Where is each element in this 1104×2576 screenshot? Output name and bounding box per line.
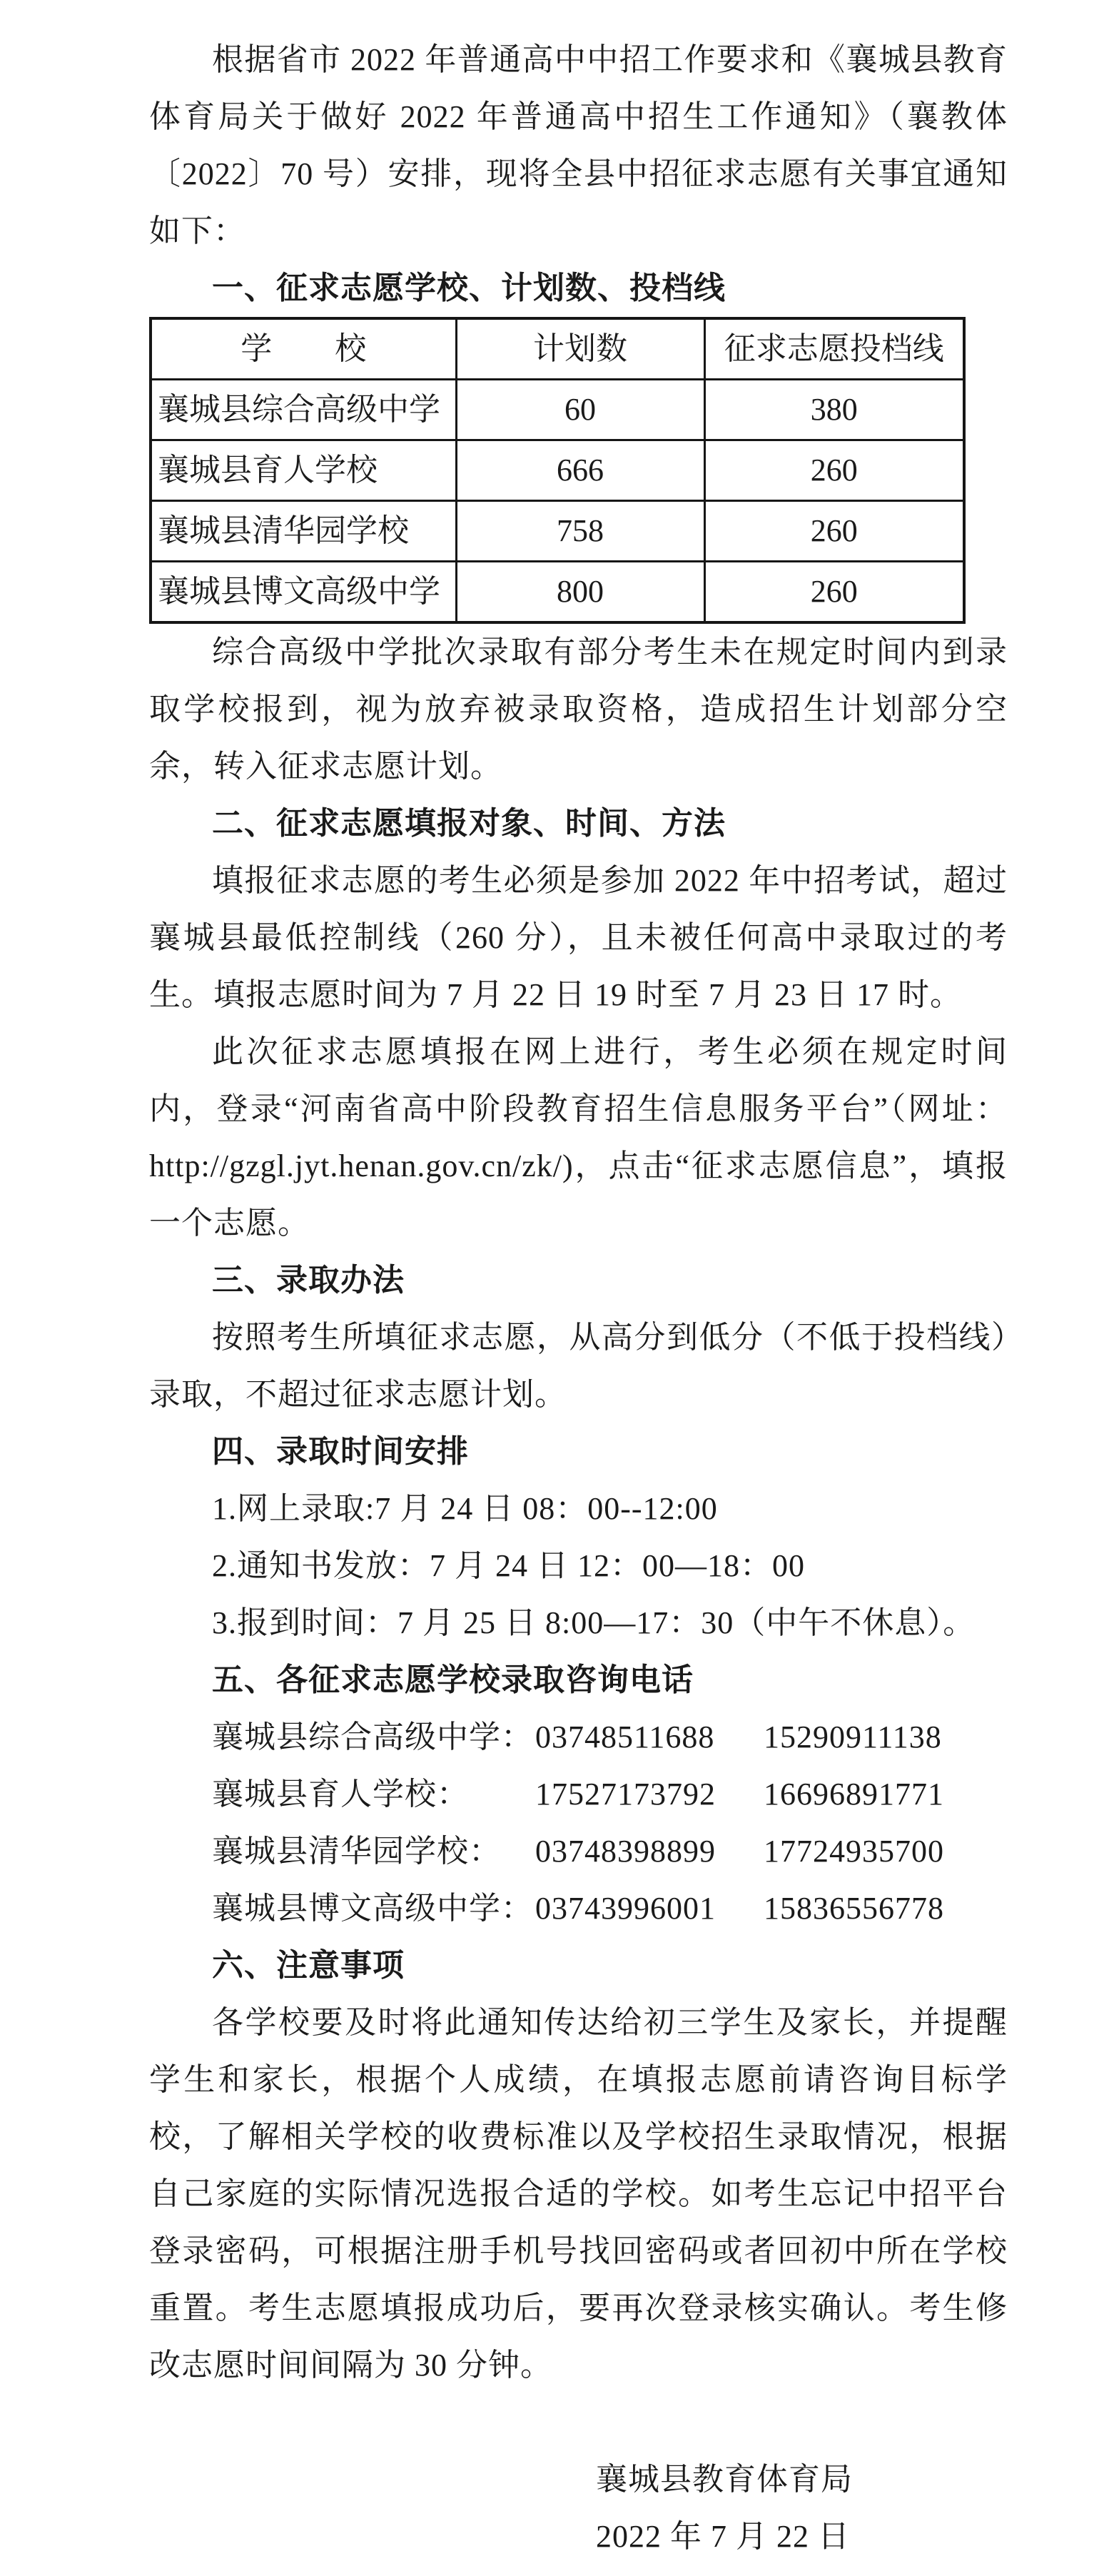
section-heading-6: 六、注意事项 [149,1937,1008,1994]
schedule-item-online: 1.网上录取:7 月 24 日 08：00--12:00 [149,1480,1008,1537]
schedule-item-registration: 3.报到时间：7 月 25 日 8:00—17：30（中午不休息）。 [149,1595,1008,1652]
section-heading-2: 二、征求志愿填报对象、时间、方法 [149,795,1008,852]
contact-school-label: 襄城县清华园学校： [212,1823,535,1880]
contact-row: 襄城县综合高级中学： 03748511688 15290911138 [149,1709,1008,1766]
cutoff-line-cell: 260 [704,501,964,562]
plan-count-cell: 800 [456,562,704,623]
cutoff-line-cell: 380 [704,380,964,440]
contact-phone-primary: 03748398899 [535,1823,764,1880]
table-header-row: 学 校 计划数 征求志愿投档线 [151,318,964,380]
issue-date: 2022 年 7 月 22 日 [596,2508,1008,2565]
admission-method-paragraph: 按照考生所填征求志愿，从高分到低分（不低于投档线）录取，不超过征求志愿计划。 [149,1309,1008,1423]
intro-paragraph: 根据省市 2022 年普通高中中招工作要求和《襄城县教育体育局关于做好 2022… [149,31,1008,260]
col-header-plan-count: 计划数 [456,318,704,380]
contact-row: 襄城县清华园学校： 03748398899 17724935700 [149,1823,1008,1880]
cutoff-line-cell: 260 [704,440,964,501]
school-name-cell: 襄城县博文高级中学 [151,562,456,623]
contact-phone-secondary: 16696891771 [764,1766,944,1823]
contact-school-label: 襄城县育人学校： [212,1766,535,1823]
school-name-cell: 襄城县清华园学校 [151,501,456,562]
online-filing-paragraph: 此次征求志愿填报在网上进行，考生必须在规定时间内，登录“河南省高中阶段教育招生信… [149,1024,1008,1252]
contact-phone-secondary: 15290911138 [764,1709,942,1766]
section-heading-3: 三、录取办法 [149,1252,1008,1309]
eligibility-paragraph: 填报征求志愿的考生必须是参加 2022 年中招考试，超过襄城县最低控制线（260… [149,852,1008,1024]
table-row: 襄城县育人学校 666 260 [151,440,964,501]
contact-row: 襄城县博文高级中学： 03743996001 15836556778 [149,1880,1008,1937]
contact-phone-primary: 17527173792 [535,1766,764,1823]
section-heading-5: 五、各征求志愿学校录取咨询电话 [149,1652,1008,1709]
contact-phone-secondary: 15836556778 [764,1880,944,1937]
table-row: 襄城县清华园学校 758 260 [151,501,964,562]
contact-phone-primary: 03743996001 [535,1880,764,1937]
contact-school-label: 襄城县博文高级中学： [212,1880,535,1937]
schedule-item-letters: 2.通知书发放：7 月 24 日 12：00—18：00 [149,1537,1008,1595]
contact-school-label: 襄城县综合高级中学： [212,1709,535,1766]
table-row: 襄城县博文高级中学 800 260 [151,562,964,623]
cutoff-line-cell: 260 [704,562,964,623]
plan-count-cell: 60 [456,380,704,440]
contact-row: 襄城县育人学校： 17527173792 16696891771 [149,1766,1008,1823]
table-note-paragraph: 综合高级中学批次录取有部分考生未在规定时间内到录取学校报到，视为放弃被录取资格，… [149,624,1008,795]
contact-phone-secondary: 17724935700 [764,1823,944,1880]
col-header-cutoff-line: 征求志愿投档线 [704,318,964,380]
col-header-school: 学 校 [151,318,456,380]
plan-table: 学 校 计划数 征求志愿投档线 襄城县综合高级中学 60 380 襄城县育人学校… [149,317,966,624]
notes-paragraph: 各学校要及时将此通知传达给初三学生及家长，并提醒学生和家长，根据个人成绩，在填报… [149,1994,1008,2394]
plan-count-cell: 758 [456,501,704,562]
section-heading-1: 一、征求志愿学校、计划数、投档线 [149,260,1008,317]
plan-count-cell: 666 [456,440,704,501]
section-heading-4: 四、录取时间安排 [149,1423,1008,1480]
school-name-cell: 襄城县育人学校 [151,440,456,501]
issuer-name: 襄城县教育体育局 [596,2451,1008,2508]
table-row: 襄城县综合高级中学 60 380 [151,380,964,440]
contact-phone-primary: 03748511688 [535,1709,764,1766]
school-name-cell: 襄城县综合高级中学 [151,380,456,440]
signature-block: 襄城县教育体育局 2022 年 7 月 22 日 [596,2451,1008,2565]
notice-document-page: 根据省市 2022 年普通高中中招工作要求和《襄城县教育体育局关于做好 2022… [0,0,1104,2576]
